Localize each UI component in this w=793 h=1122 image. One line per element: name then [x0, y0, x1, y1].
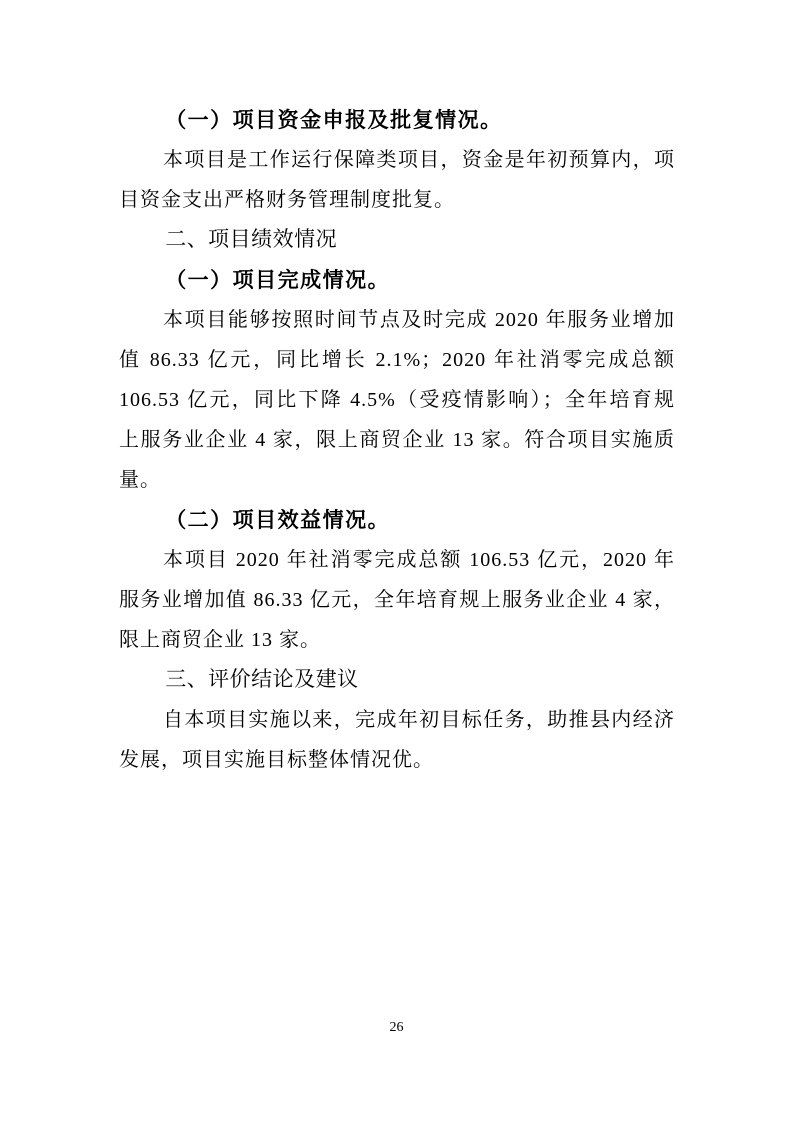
- para-benefit-line-3: 限上商贸企业 13 家。: [119, 620, 675, 660]
- document-page: （一）项目资金申报及批复情况。 本项目是工作运行保障类项目，资金是年初预算内，项…: [0, 0, 793, 1122]
- para-fund-line-2: 目资金支出严格财务管理制度批复。: [119, 180, 675, 220]
- para-completion-line-1: 本项目能够按照时间节点及时完成 2020 年服务业增加: [119, 300, 675, 340]
- heading-section2-performance: 二、项目绩效情况: [119, 220, 675, 260]
- para-conclusion-line-2: 发展，项目实施目标整体情况优。: [119, 740, 675, 780]
- para-completion-line-3: 106.53 亿元，同比下降 4.5%（受疫情影响）；全年培育规: [119, 380, 675, 420]
- para-fund-line-1: 本项目是工作运行保障类项目，资金是年初预算内，项: [119, 140, 675, 180]
- para-benefit-line-2: 服务业增加值 86.33 亿元，全年培育规上服务业企业 4 家，: [119, 580, 675, 620]
- heading-section3-conclusion: 三、评价结论及建议: [119, 660, 675, 700]
- heading-completion-status: （一）项目完成情况。: [119, 260, 675, 300]
- document-body: （一）项目资金申报及批复情况。 本项目是工作运行保障类项目，资金是年初预算内，项…: [119, 100, 675, 780]
- para-conclusion-line-1: 自本项目实施以来，完成年初目标任务，助推县内经济: [119, 700, 675, 740]
- para-benefit-line-1: 本项目 2020 年社消零完成总额 106.53 亿元，2020 年: [119, 540, 675, 580]
- page-footer: 26: [0, 1020, 793, 1036]
- para-completion-line-4: 上服务业企业 4 家，限上商贸企业 13 家。符合项目实施质: [119, 420, 675, 460]
- heading-fund-declaration-approval: （一）项目资金申报及批复情况。: [119, 100, 675, 140]
- heading-benefit-status: （二）项目效益情况。: [119, 500, 675, 540]
- para-completion-line-5: 量。: [119, 460, 675, 500]
- para-completion-line-2: 值 86.33 亿元，同比增长 2.1%；2020 年社消零完成总额: [119, 340, 675, 380]
- page-number: 26: [390, 1020, 404, 1035]
